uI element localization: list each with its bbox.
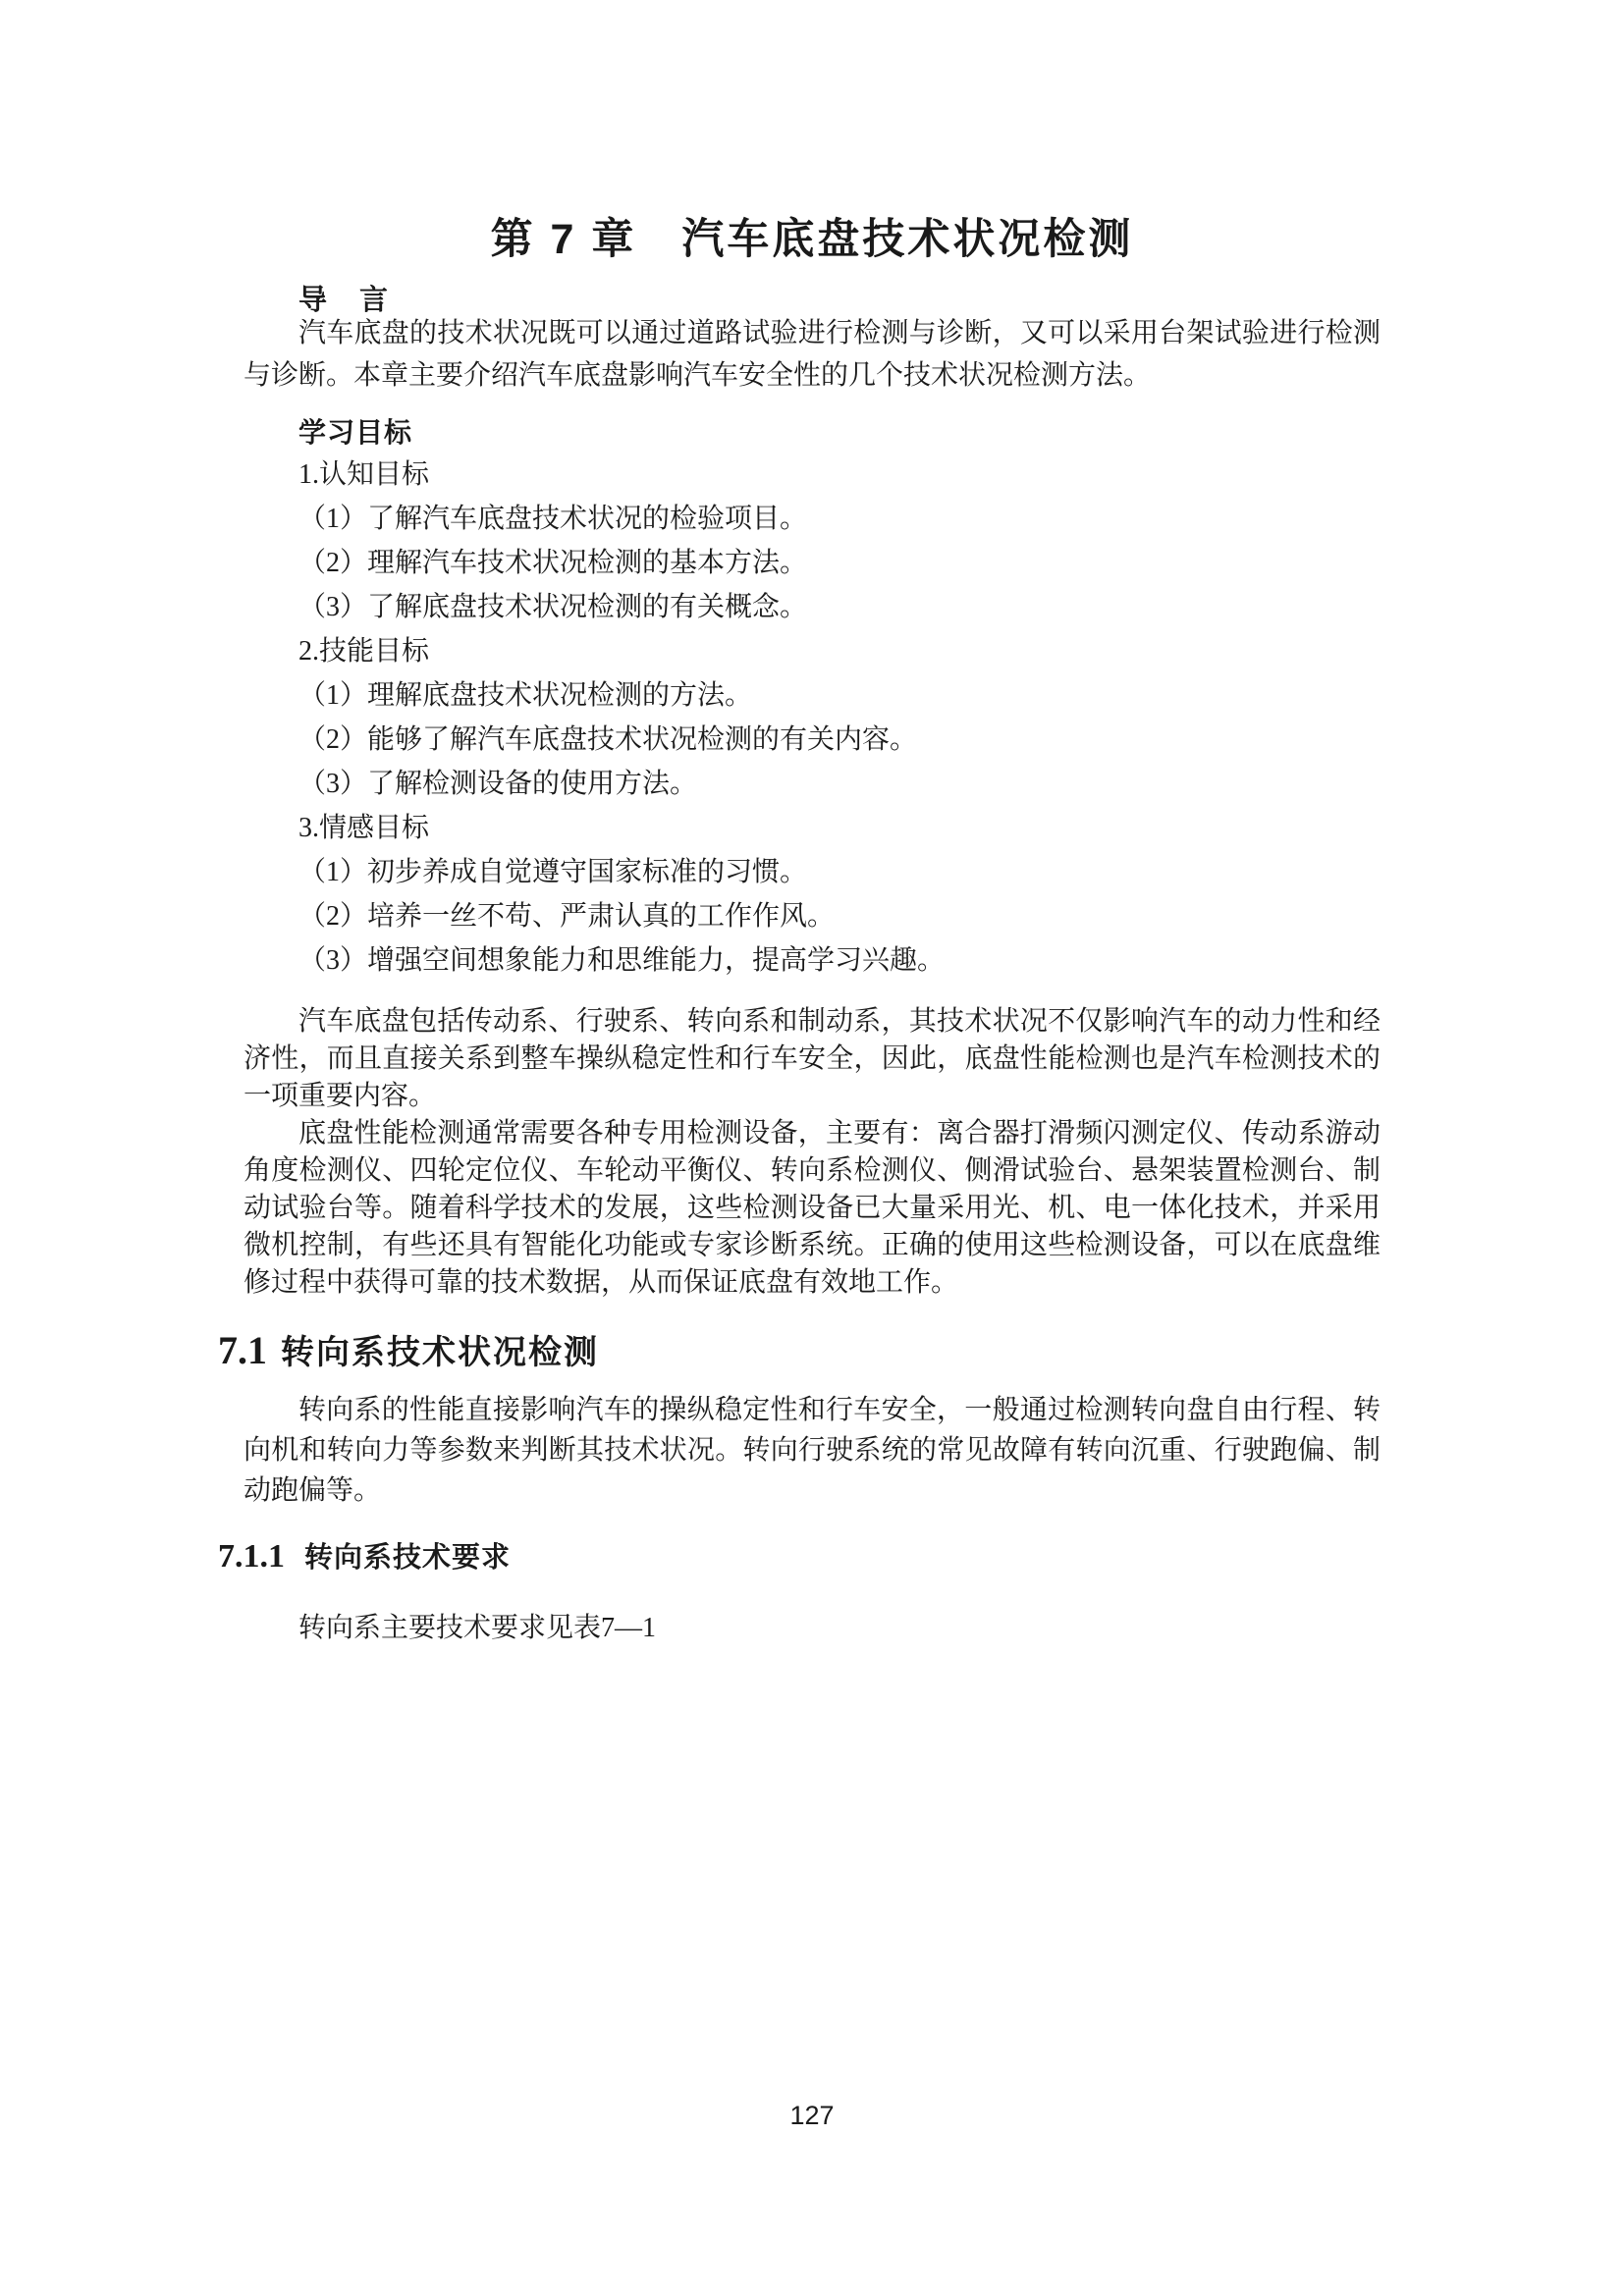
objective-item: （1）初步养成自觉遵守国家标准的习惯。: [298, 850, 1382, 894]
subsection-title: 转向系技术要求: [304, 1542, 511, 1574]
objective-item: （3）增强空间想象能力和思维能力，提高学习兴趣。: [298, 938, 1382, 983]
chapter-title: 第 7 章 汽车底盘技术状况检测: [0, 206, 1624, 266]
body-paragraph: 底盘性能检测通常需要各种专用检测设备，主要有：离合器打滑频闪测定仪、传动系游动角…: [244, 1115, 1380, 1302]
body-paragraph: 汽车底盘包括传动系、行驶系、转向系和制动系，其技术状况不仅影响汽车的动力性和经济…: [244, 1003, 1380, 1115]
objective-group-label: 3.情感目标: [298, 806, 1382, 850]
document-page: 第 7 章 汽车底盘技术状况检测 导 言 汽车底盘的技术状况既可以通过道路试验进…: [0, 0, 1624, 2296]
objective-item: （2）理解汽车技术状况检测的基本方法。: [298, 541, 1382, 585]
intro-paragraph: 汽车底盘的技术状况既可以通过道路试验进行检测与诊断，又可以采用台架试验进行检测与…: [244, 312, 1380, 397]
objective-item: （2）能够了解汽车底盘技术状况检测的有关内容。: [298, 718, 1382, 762]
objectives-list: 1.认知目标 （1）了解汽车底盘技术状况的检验项目。 （2）理解汽车技术状况检测…: [298, 453, 1382, 983]
objective-group-label: 2.技能目标: [298, 629, 1382, 673]
objective-item: （1）了解汽车底盘技术状况的检验项目。: [298, 497, 1382, 541]
objective-item: （3）了解检测设备的使用方法。: [298, 762, 1382, 806]
table-reference-line: 转向系主要技术要求见表7—1: [298, 1606, 656, 1645]
section-number: 7.1: [218, 1328, 267, 1372]
objectives-heading: 学习目标: [298, 411, 412, 451]
section-7-1-heading: 7.1转向系技术状况检测: [218, 1325, 599, 1373]
objective-group-label: 1.认知目标: [298, 453, 1382, 497]
objective-item: （1）理解底盘技术状况检测的方法。: [298, 673, 1382, 718]
section-title: 转向系技术状况检测: [281, 1334, 599, 1371]
objective-item: （2）培养一丝不苟、严肃认真的工作作风。: [298, 894, 1382, 938]
section-7-1-paragraph: 转向系的性能直接影响汽车的操纵稳定性和行车安全，一般通过检测转向盘自由行程、转向…: [244, 1390, 1380, 1511]
page-number: 127: [0, 2101, 1624, 2131]
section-7-1-1-heading: 7.1.1转向系技术要求: [218, 1535, 511, 1575]
subsection-number: 7.1.1: [218, 1538, 285, 1575]
main-text-block: 汽车底盘包括传动系、行驶系、转向系和制动系，其技术状况不仅影响汽车的动力性和经济…: [244, 1003, 1380, 1302]
objective-item: （3）了解底盘技术状况检测的有关概念。: [298, 585, 1382, 629]
